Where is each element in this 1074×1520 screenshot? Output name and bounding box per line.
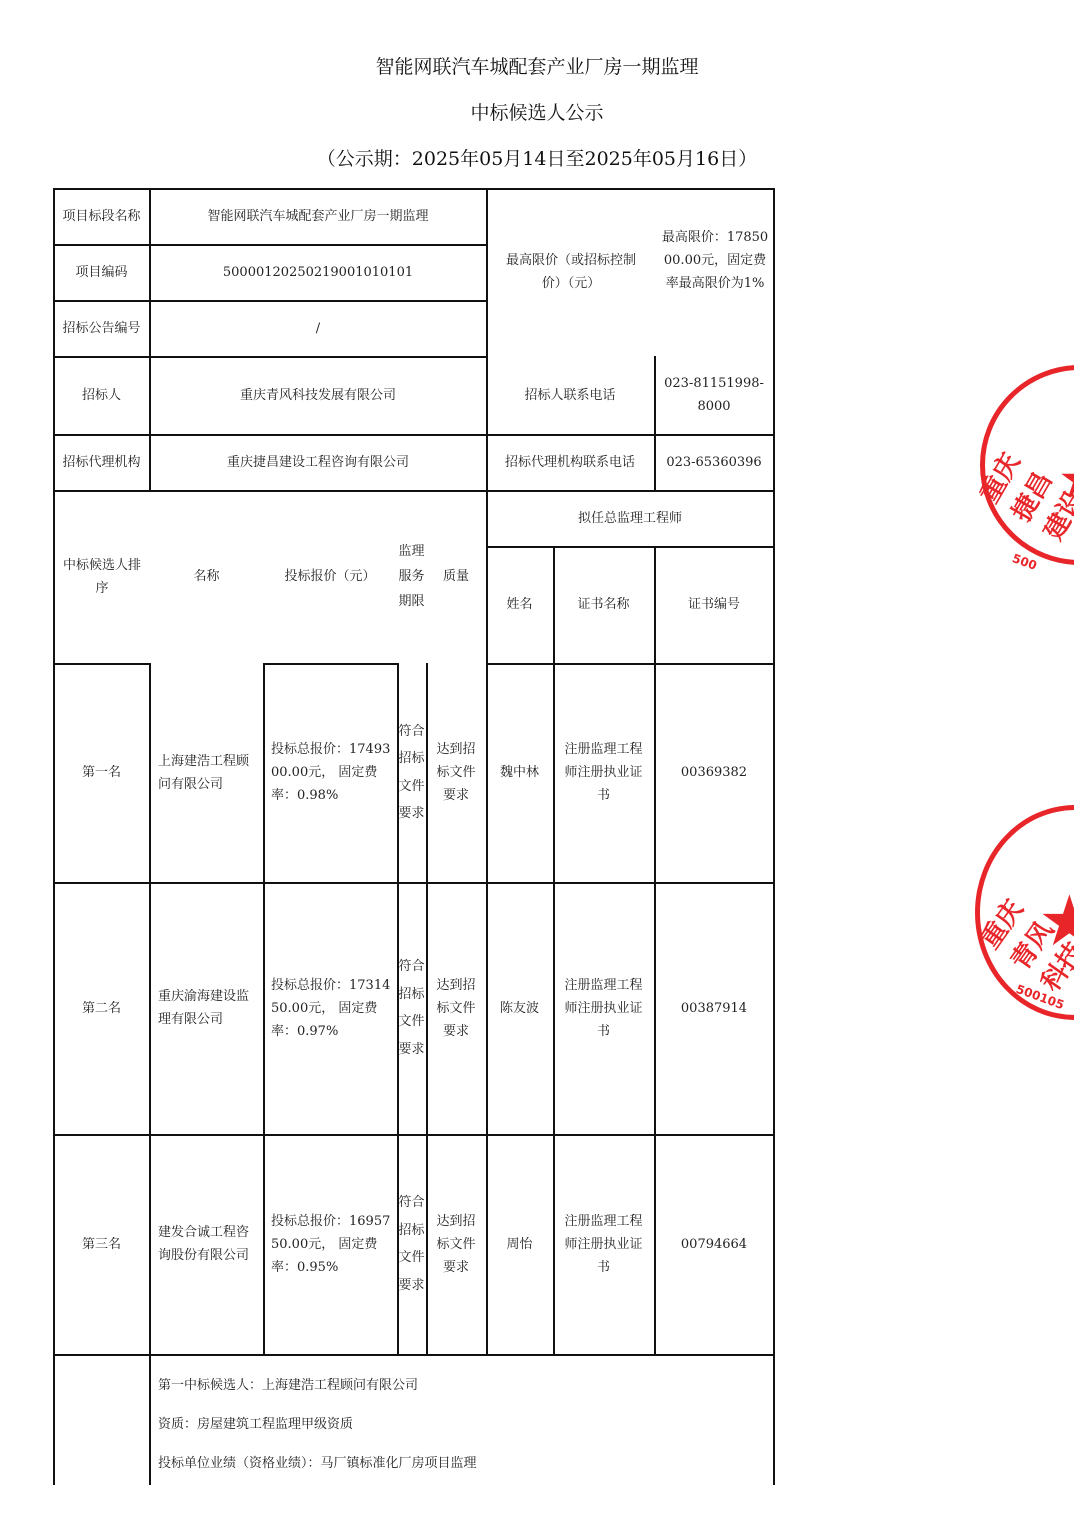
candidate-cert-no: 00387914 [654,882,774,1134]
candidate-name: 重庆渝海建设监理有限公司 [150,882,263,1134]
max-price-value: 最高限价：1785000.00元，固定费率最高限价为1% [660,188,770,356]
candidate-service-period: 符合招标文件要求 [397,882,426,1134]
candidate-service-period: 符合招标文件要求 [397,1134,426,1354]
candidate-bid-price: 投标总报价：1749300.00元， 固定费率：0.98% [263,663,397,882]
tenderer-label: 招标人 [53,356,150,434]
header-engineer-name: 姓名 [486,546,553,663]
header-cert-no: 证书编号 [654,546,774,663]
notice-no-label: 招标公告编号 [53,300,150,356]
section-name-value: 智能网联汽车城配套产业厂房一期监理 [150,188,486,244]
candidate-cert-no: 00794664 [654,1134,774,1354]
document-subtitle: 中标候选人公示 [0,98,1074,125]
note-first-candidate: 第一中标候选人：上海建浩工程顾问有限公司 [158,1374,418,1393]
max-price-label: 最高限价（或招标控制价）（元） [496,188,646,356]
header-rank: 中标候选人排序 [57,490,147,663]
section-name-label: 项目标段名称 [53,188,150,244]
agency-phone-value: 023-65360396 [654,434,774,490]
header-cert-name: 证书名称 [553,546,654,663]
star-icon: ★ [1038,880,1074,962]
notice-no-value: / [150,300,486,356]
candidate-rank: 第一名 [53,663,150,882]
project-code-label: 项目编码 [53,244,150,300]
candidate-cert-name: 注册监理工程师注册执业证书 [553,1134,654,1354]
tenderer-phone-value: 023-81151998-8000 [664,356,764,434]
header-name: 名称 [150,490,263,663]
header-engineer-group: 拟任总监理工程师 [486,490,774,546]
agency-label: 招标代理机构 [53,434,150,490]
publicity-period: （公示期：2025年05月14日至2025年05月16日） [0,144,1074,171]
candidate-quality: 达到招标文件要求 [426,1134,486,1354]
candidate-bid-price: 投标总报价：1695750.00元， 固定费率：0.95% [263,1134,397,1354]
document-title: 智能网联汽车城配套产业厂房一期监理 [0,52,1074,79]
candidate-cert-name: 注册监理工程师注册执业证书 [553,663,654,882]
agency-phone-label: 招标代理机构联系电话 [486,434,654,490]
candidate-quality: 达到招标文件要求 [426,663,486,882]
candidate-quality: 达到招标文件要求 [426,882,486,1134]
header-bid-price: 投标报价（元） [263,490,397,663]
candidate-name: 建发合诚工程咨询股份有限公司 [150,1134,263,1354]
candidate-service-period: 符合招标文件要求 [397,663,426,882]
candidate-engineer: 周怡 [486,1134,553,1354]
candidate-cert-no: 00369382 [654,663,774,882]
tenderer-value: 重庆青风科技发展有限公司 [150,356,486,434]
candidate-rank: 第三名 [53,1134,150,1354]
star-icon: ★ [1058,450,1074,508]
agency-value: 重庆捷昌建设工程咨询有限公司 [150,434,486,490]
note-performance: 投标单位业绩（资格业绩）：马厂镇标准化厂房项目监理 [158,1452,477,1471]
project-code-value: 50000120250219001010101 [150,244,486,300]
candidate-engineer: 魏中林 [486,663,553,882]
candidate-engineer: 陈友波 [486,882,553,1134]
candidate-name: 上海建浩工程顾问有限公司 [150,663,263,882]
header-quality: 质量 [426,490,486,663]
candidate-cert-name: 注册监理工程师注册执业证书 [553,882,654,1134]
header-service-period: 监理服务期限 [397,490,426,663]
candidate-rank: 第二名 [53,882,150,1134]
note-qualification: 资质：房屋建筑工程监理甲级资质 [158,1413,353,1432]
candidate-bid-price: 投标总报价：1731450.00元， 固定费率：0.97% [263,882,397,1134]
tenderer-phone-label: 招标人联系电话 [486,356,654,434]
